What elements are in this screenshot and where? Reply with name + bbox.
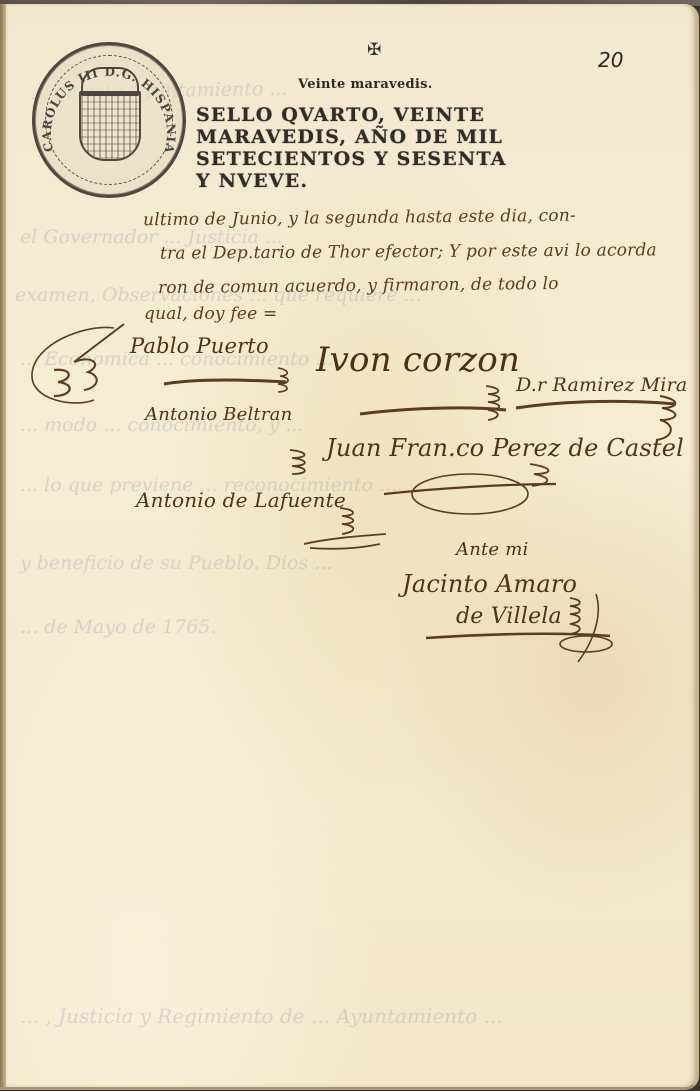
manuscript-page: ... de este Ayuntamiento ... el Governad… <box>0 4 699 1090</box>
body-text-line: tra el Dep.tario de Thor efector; Y por … <box>160 240 657 263</box>
rubric-flourish-icon <box>420 592 620 668</box>
bleed-through-line: ... de Mayo de 1765. <box>20 616 216 638</box>
binding-edge <box>0 4 6 1087</box>
stamp-heading-line: Y NVEVE. <box>196 170 588 192</box>
rubric-flourish-icon <box>510 394 690 454</box>
rubric-flourish-icon <box>280 448 320 482</box>
rubric-flourish-icon <box>356 382 516 424</box>
body-text-line: ron de comun acuerdo, y firmaron, de tod… <box>158 274 559 298</box>
cross-icon: ✠ <box>367 40 381 60</box>
folio-number: 20 <box>598 48 623 72</box>
rubric-flourish-icon <box>160 366 300 396</box>
svg-text:CAROLUS III D.G. HISPANIAR. RE: CAROLUS III D.G. HISPANIAR. REX <box>35 45 178 155</box>
stamp-heading: SELLO QVARTO, VEINTE MARAVEDIS, AÑO DE M… <box>196 104 588 192</box>
rubric-flourish-icon <box>300 504 390 556</box>
body-text-line: qual, doy fee = <box>144 304 277 324</box>
bleed-through-line: ... , Justicia y Regimiento de ... Ayunt… <box>20 1004 503 1028</box>
signature-ivon-corzon: Ivon corzon <box>316 340 520 380</box>
seal-legend: CAROLUS III D.G. HISPANIAR. REX <box>35 45 183 195</box>
stamp-heading-line: MARAVEDIS, AÑO DE MIL <box>196 126 588 148</box>
stamp-heading-line: SETECIENTOS Y SESENTA <box>196 148 588 170</box>
notary-ante-mi: Ante mi <box>456 539 528 560</box>
rubric-flourish-icon <box>14 314 134 414</box>
stamp-heading-line: SELLO QVARTO, VEINTE <box>196 104 588 126</box>
stamp-denomination: Veinte maravedis. <box>298 77 433 92</box>
signature-antonio-beltran: Antonio Beltran <box>145 404 292 425</box>
bleed-through-line: y beneficio de su Pueblo. Dios ... <box>20 552 332 574</box>
royal-seal-stamp: CAROLUS III D.G. HISPANIAR. REX <box>32 42 186 198</box>
body-text-line: ultimo de Junio, y la segunda hasta este… <box>143 206 576 231</box>
signature-ramirez-mira: D.r Ramirez Mira <box>516 374 687 396</box>
rubric-flourish-icon <box>380 460 570 520</box>
signature-pablo-puerto: Pablo Puerto <box>130 334 269 358</box>
